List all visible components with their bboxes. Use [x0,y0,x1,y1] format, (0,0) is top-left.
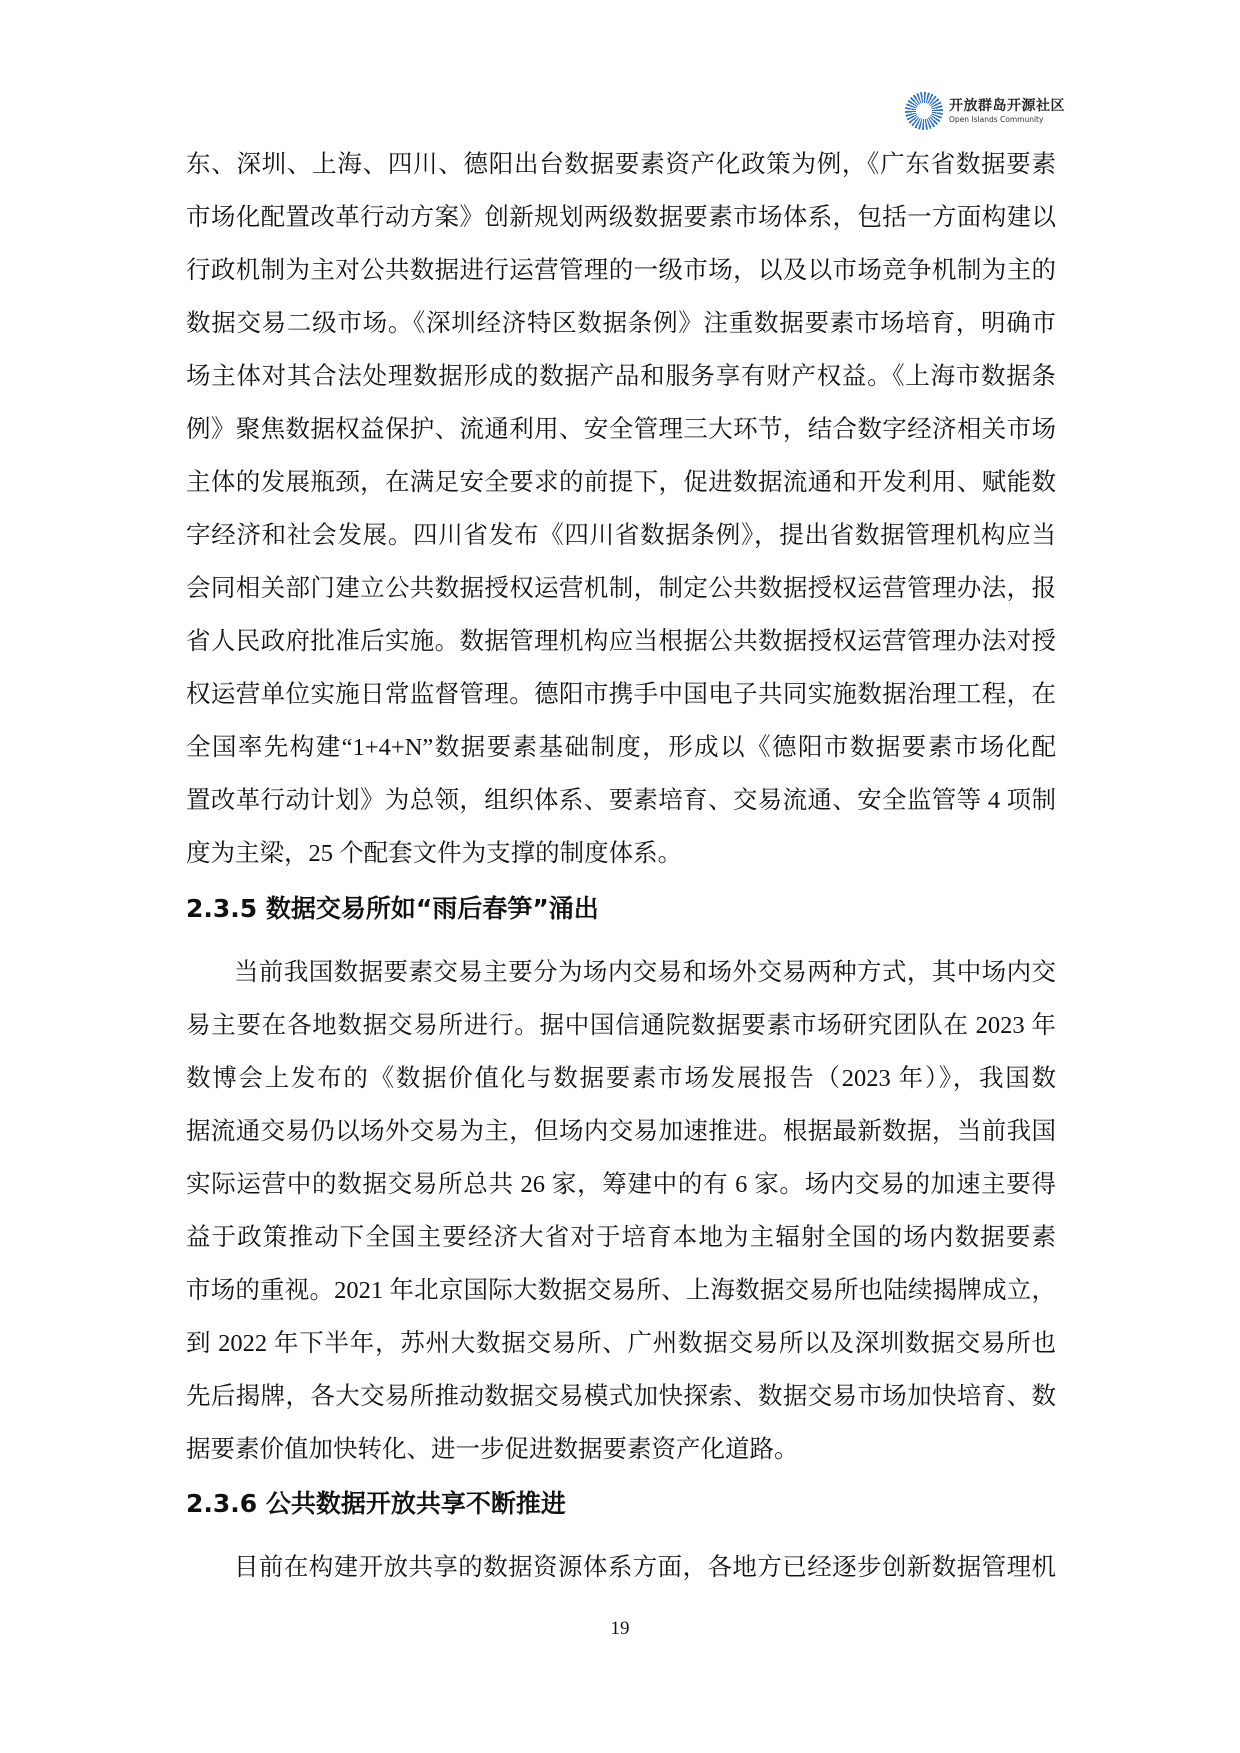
text-line: 东、深圳、上海、四川、德阳出台数据要素资产化政策为例，《广东省数据要素 [186,150,1056,180]
text-line: 主体的发展瓶颈，在满足安全要求的前提下，促进数据流通和开发利用、赋能数 [186,468,1056,498]
text-line: 置改革行动计划》为总领，组织体系、要素培育、交易流通、安全监管等 4 项制 [186,786,1056,816]
text-line: 实际运营中的数据交易所总共 26 家，筹建中的有 6 家。场内交易的加速主要得 [186,1170,1056,1200]
header-logo: 开放群岛开源社区 Open Islands Community [905,90,1065,132]
section-heading-2-3-6: 2.3.6 公共数据开放共享不断推进 [186,1488,566,1520]
text-line: 数博会上发布的《数据价值化与数据要素市场发展报告（2023 年）》，我国数 [186,1064,1056,1094]
text-line: 省人民政府批准后实施。数据管理机构应当根据公共数据授权运营管理办法对授 [186,627,1056,657]
text-line: 行政机制为主对公共数据进行运营管理的一级市场，以及以市场竞争机制为主的 [186,256,1056,286]
text-line: 场主体对其合法处理数据形成的数据产品和服务享有财产权益。《上海市数据条 [186,362,1056,392]
logo-text: 开放群岛开源社区 Open Islands Community [949,99,1065,124]
text-line: 据要素价值加快转化、进一步促进数据要素资产化道路。 [186,1435,1056,1465]
section-heading-2-3-5: 2.3.5 数据交易所如“雨后春笋”涌出 [186,893,599,925]
page-number: 19 [0,1618,1240,1640]
text-line: 目前在构建开放共享的数据资源体系方面，各地方已经逐步创新数据管理机 [234,1553,1056,1583]
text-line: 权运营单位实施日常监督管理。德阳市携手中国电子共同实施数据治理工程，在 [186,680,1056,710]
text-line: 据流通交易仍以场外交易为主，但场内交易加速推进。根据最新数据，当前我国 [186,1117,1056,1147]
text-line: 市场化配置改革行动方案》创新规划两级数据要素市场体系，包括一方面构建以 [186,203,1056,233]
text-line: 会同相关部门建立公共数据授权运营机制，制定公共数据授权运营管理办法，报 [186,574,1056,604]
logo-chinese-name: 开放群岛开源社区 [949,99,1065,113]
logo-english-name: Open Islands Community [949,116,1065,124]
text-line: 当前我国数据要素交易主要分为场内交易和场外交易两种方式，其中场内交 [234,958,1056,988]
text-line: 市场的重视。2021 年北京国际大数据交易所、上海数据交易所也陆续揭牌成立， [186,1276,1056,1306]
text-line: 到 2022 年下半年，苏州大数据交易所、广州数据交易所以及深圳数据交易所也 [186,1329,1056,1359]
text-line: 例》聚焦数据权益保护、流通利用、安全管理三大环节，结合数字经济相关市场 [186,415,1056,445]
sunburst-logo-icon [905,92,943,130]
text-line: 先后揭牌，各大交易所推动数据交易模式加快探索、数据交易市场加快培育、数 [186,1382,1056,1412]
text-line: 全国率先构建“1+4+N”数据要素基础制度，形成以《德阳市数据要素市场化配 [186,733,1056,763]
text-line: 益于政策推动下全国主要经济大省对于培育本地为主辐射全国的场内数据要素 [186,1223,1056,1253]
text-line: 易主要在各地数据交易所进行。据中国信通院数据要素市场研究团队在 2023 年 [186,1011,1056,1041]
text-line: 度为主梁，25 个配套文件为支撑的制度体系。 [186,839,1056,869]
text-line: 数据交易二级市场。《深圳经济特区数据条例》注重数据要素市场培育，明确市 [186,309,1056,339]
text-line: 字经济和社会发展。四川省发布《四川省数据条例》，提出省数据管理机构应当 [186,521,1056,551]
